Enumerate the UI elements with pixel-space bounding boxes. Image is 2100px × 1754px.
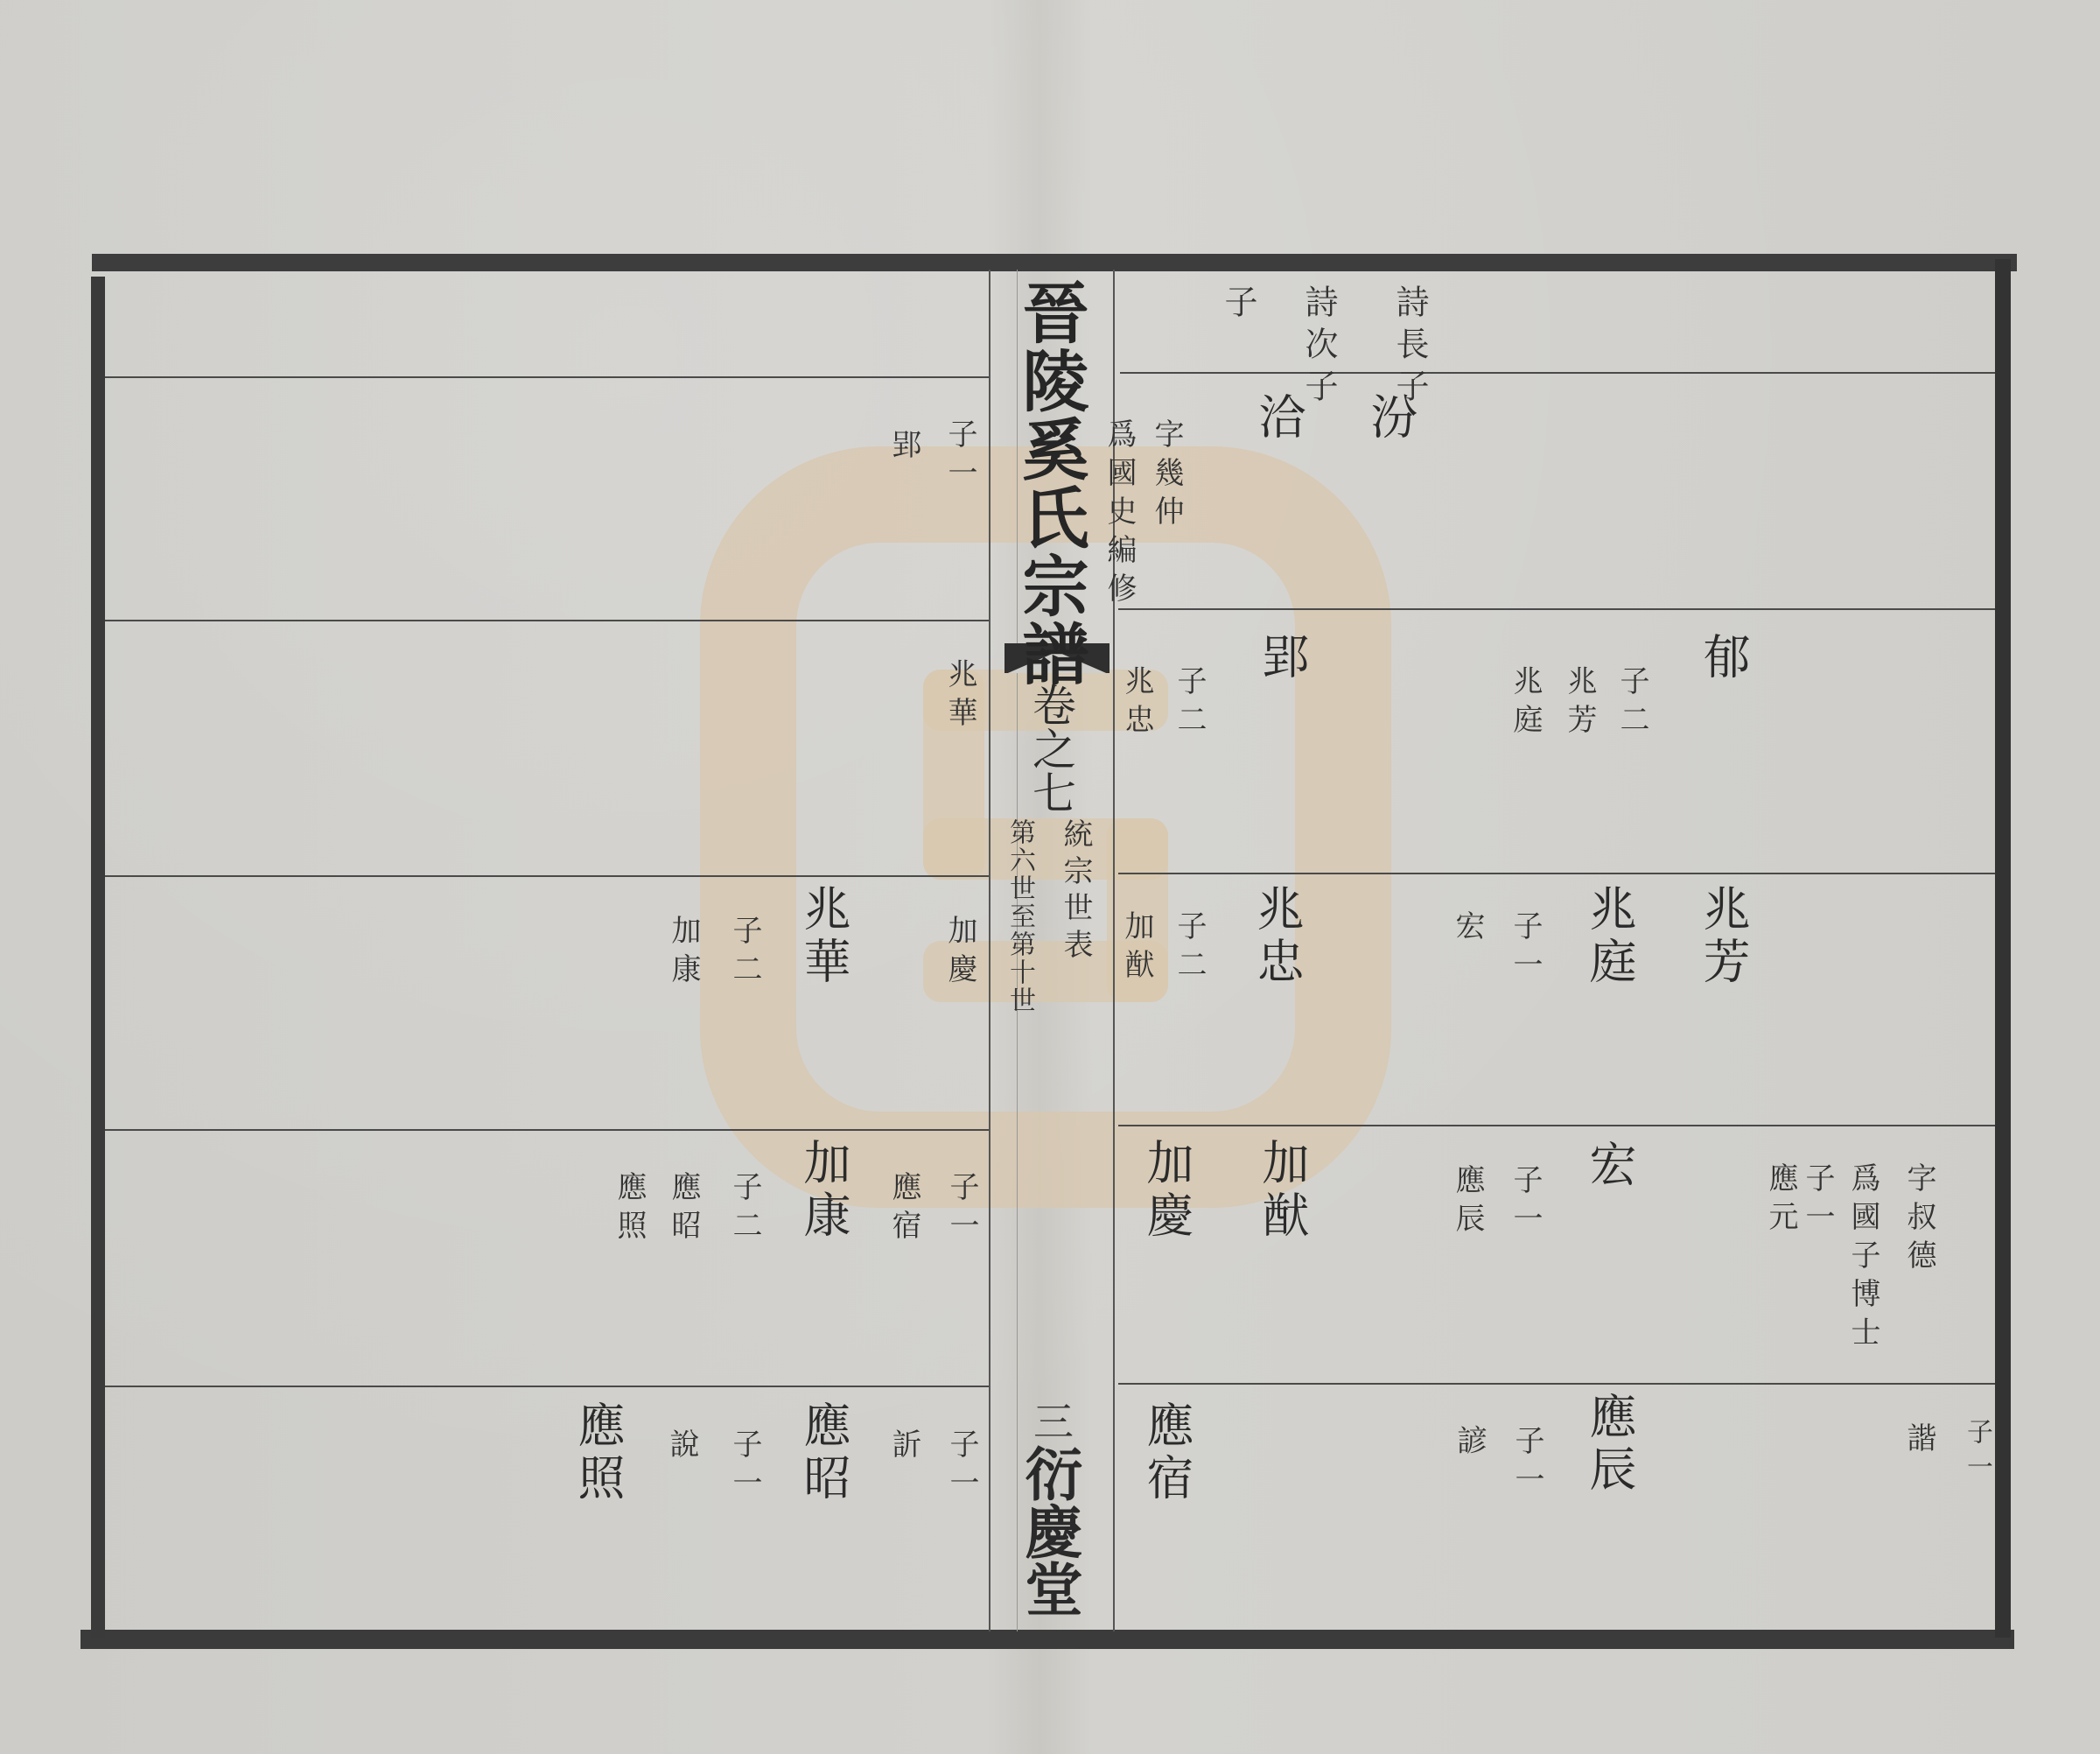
person-name-yu: 郁 (1699, 632, 1746, 684)
jiaqing-sons-count: 子一 (947, 1171, 976, 1248)
yingzhao-sons-count: 子一 (730, 1428, 759, 1505)
person-name-yingchen: 應辰 (1585, 1392, 1633, 1497)
right-row-divider-4 (1118, 1125, 1995, 1126)
left-row3-jiaqing: 加慶 (945, 915, 975, 992)
zhaoting-sons-count: 子一 (1510, 910, 1540, 987)
ying-son-1: 兆忠 (1122, 665, 1151, 742)
person-name-yingzhao: 應昭 (800, 1400, 847, 1505)
left-row-divider-2 (105, 620, 989, 621)
person-name-zhaofang: 兆芳 (1699, 884, 1746, 989)
page-number: 三 (1031, 1400, 1071, 1441)
person-name-zhaohua: 兆華 (800, 884, 847, 989)
frame-left-border (91, 277, 105, 1638)
yingchen-sons-count: 子一 (1512, 1425, 1542, 1502)
jiaqing-son-1: 應宿 (889, 1171, 919, 1248)
zhaozhong-sons-count: 子二 (1174, 910, 1204, 987)
frame-bottom-border (80, 1630, 2014, 1649)
center-column-left-line (989, 270, 990, 1631)
person-name-yingsu: 應宿 (1143, 1400, 1190, 1505)
right-row-divider-2 (1118, 608, 1995, 610)
volume-label: 卷之七 (1029, 683, 1073, 814)
person-name-fen: 汾 (1367, 392, 1414, 445)
frame-right-border (1995, 259, 2011, 1638)
left-row1-sons-count: 子一 (945, 418, 975, 495)
person-name-jiayou: 加猷 (1258, 1138, 1305, 1243)
row5-son-1: 諧 (1904, 1422, 1934, 1461)
zhaozhong-son-1: 加猷 (1122, 910, 1151, 987)
left-row-divider-3 (105, 875, 989, 877)
jiakang-son-1: 應昭 (668, 1171, 698, 1248)
generation-range: 第六世至第十世 (1006, 818, 1032, 1014)
left-row-divider-1 (105, 376, 989, 378)
row4-courtesy: 字叔德 (1904, 1162, 1934, 1278)
person-name-zhaoting: 兆庭 (1585, 884, 1633, 989)
left-row2-son-1: 兆華 (945, 658, 975, 735)
left-row-divider-5 (105, 1386, 989, 1387)
left-row-divider-4 (105, 1129, 989, 1131)
yu-son-1: 兆芳 (1564, 665, 1594, 742)
right-row-divider-5 (1118, 1383, 1995, 1385)
zhaohua-son-1: 加康 (668, 915, 698, 992)
frame-top-border (92, 254, 2017, 271)
left-row1-son-1: 郢 (889, 429, 919, 467)
yingchen-son-1: 諺 (1454, 1425, 1484, 1463)
row5-sons-count: 子一 (1963, 1418, 1990, 1488)
person-name-yingzhao2: 應照 (574, 1400, 621, 1505)
row0-col2-text: 詩次子 (1302, 284, 1335, 410)
person-name-jiakang: 加康 (800, 1138, 847, 1243)
person-name-hong: 宏 (1585, 1140, 1633, 1192)
yingzhao-son-1: 說 (667, 1428, 696, 1467)
yingsu-sons-count: 子一 (947, 1428, 976, 1505)
hall-name: 衍慶堂 (1020, 1444, 1078, 1617)
yu-sons-count: 子二 (1617, 665, 1647, 742)
book-title: 晉陵奚氏宗譜 (1017, 278, 1083, 688)
person-name-qia: 洽 (1255, 392, 1302, 445)
right-row-divider-1 (1120, 372, 1995, 374)
hong-sons-count: 子一 (1510, 1164, 1540, 1241)
right-row-divider-3 (1118, 873, 1995, 874)
jiakang-sons-count: 子二 (730, 1171, 759, 1248)
yu-son-2: 兆庭 (1510, 665, 1540, 742)
yingsu-son-1: 訢 (889, 1428, 919, 1467)
row0-zi-text: 子 (1221, 284, 1255, 326)
person-name-zhaozhong: 兆忠 (1253, 884, 1300, 989)
zhaohua-sons-count: 子二 (730, 915, 759, 992)
zhaoting-son-1: 宏 (1452, 910, 1482, 949)
jiakang-son-2: 應照 (614, 1171, 644, 1248)
row4-sons-count: 子一 (1802, 1162, 1832, 1239)
qia-courtesy: 字幾仲 (1151, 418, 1181, 534)
qia-office: 爲國史編修 (1104, 418, 1134, 611)
row4-office: 爲國子博士 (1848, 1162, 1878, 1355)
section-label: 統宗世表 (1060, 818, 1090, 965)
ying-sons-count: 子二 (1174, 665, 1204, 742)
person-name-ying: 郢 (1258, 632, 1305, 684)
person-name-jiaqing: 加慶 (1143, 1138, 1190, 1243)
row4-son-1: 應元 (1766, 1162, 1795, 1239)
hong-son-1: 應辰 (1452, 1164, 1482, 1241)
